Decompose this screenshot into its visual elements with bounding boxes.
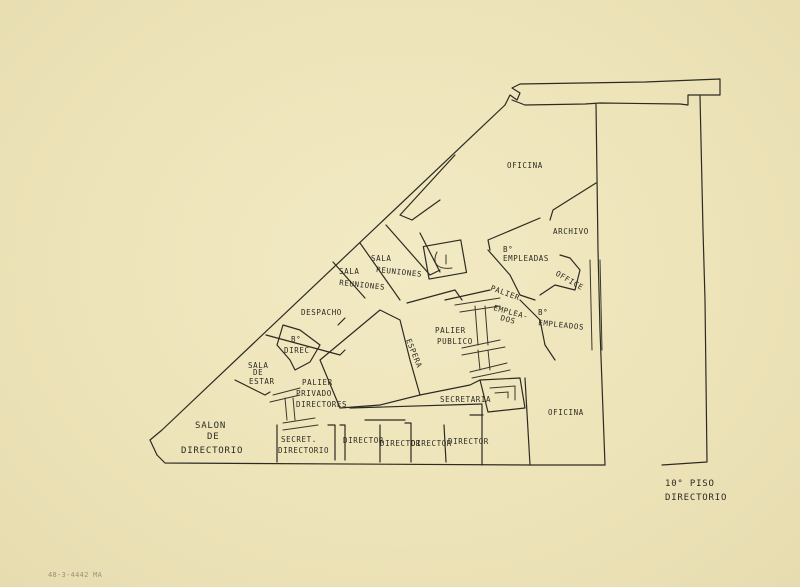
label-palier-privado-1: PALIER <box>302 378 333 387</box>
label-sala-de-estar-3: ESTAR <box>249 377 275 386</box>
title-floor: 10° PISO <box>665 479 715 489</box>
label-bano-director-2: DIREC <box>284 346 310 355</box>
label-secret-directorio-1: SECRET. <box>281 435 317 444</box>
label-salon-directorio-1: SALON <box>195 421 226 431</box>
floor-plan: OFICINA ARCHIVO B° EMPLEADAS OFFICE PALI… <box>0 0 800 587</box>
label-director-4: DIRECTOR <box>448 437 489 446</box>
label-palier-privado-2: PRIVADO <box>296 389 332 398</box>
label-espera: ESPERA <box>404 337 424 369</box>
label-salon-directorio-3: DIRECTORIO <box>181 446 243 456</box>
label-director-3: DIRECTOR <box>411 439 452 448</box>
label-director-1: DIRECTOR <box>343 436 384 445</box>
label-archivo: ARCHIVO <box>553 227 589 236</box>
drawing-sheet: OFICINA ARCHIVO B° EMPLEADAS OFFICE PALI… <box>0 0 800 587</box>
room-labels: OFICINA ARCHIVO B° EMPLEADAS OFFICE PALI… <box>181 161 589 456</box>
label-palier-publico-1: PALIER <box>435 326 466 335</box>
title-block: 10° PISO DIRECTORIO <box>665 479 727 503</box>
label-oficina-bottom: OFICINA <box>548 408 584 417</box>
label-salon-directorio-2: DE <box>207 432 219 442</box>
label-sala-de-estar-2: DE <box>253 368 263 377</box>
label-sala-reuniones-2a: SALA <box>339 267 359 276</box>
label-bano-empleadas-2: EMPLEADAS <box>503 254 549 263</box>
label-despacho: DESPACHO <box>301 308 342 317</box>
label-bano-empleadas-1: B° <box>503 245 513 254</box>
label-bano-director-1: B° <box>291 335 301 344</box>
title-name: DIRECTORIO <box>665 493 727 503</box>
label-palier-privado-3: DIRECTORES <box>296 400 347 409</box>
pencil-catalog-note: 48-3-4442 MA <box>48 571 103 579</box>
label-bano-empleados-1: B° <box>538 308 548 317</box>
label-palier-publico-2: PUBLICO <box>437 337 473 346</box>
label-bano-empleados-2: EMPLEADOS <box>538 318 585 332</box>
label-sala-reuniones-1b: REUNIONES <box>376 265 423 279</box>
label-palier-empleados-1: PALIER <box>489 283 521 302</box>
label-oficina-top: OFICINA <box>507 161 543 170</box>
label-secretaria: SECRETARIA <box>440 395 491 404</box>
label-sala-reuniones-2b: REUNIONES <box>339 278 386 292</box>
label-sala-reuniones-1a: SALA <box>371 254 391 263</box>
label-secret-directorio-2: DIRECTORIO <box>278 446 329 455</box>
